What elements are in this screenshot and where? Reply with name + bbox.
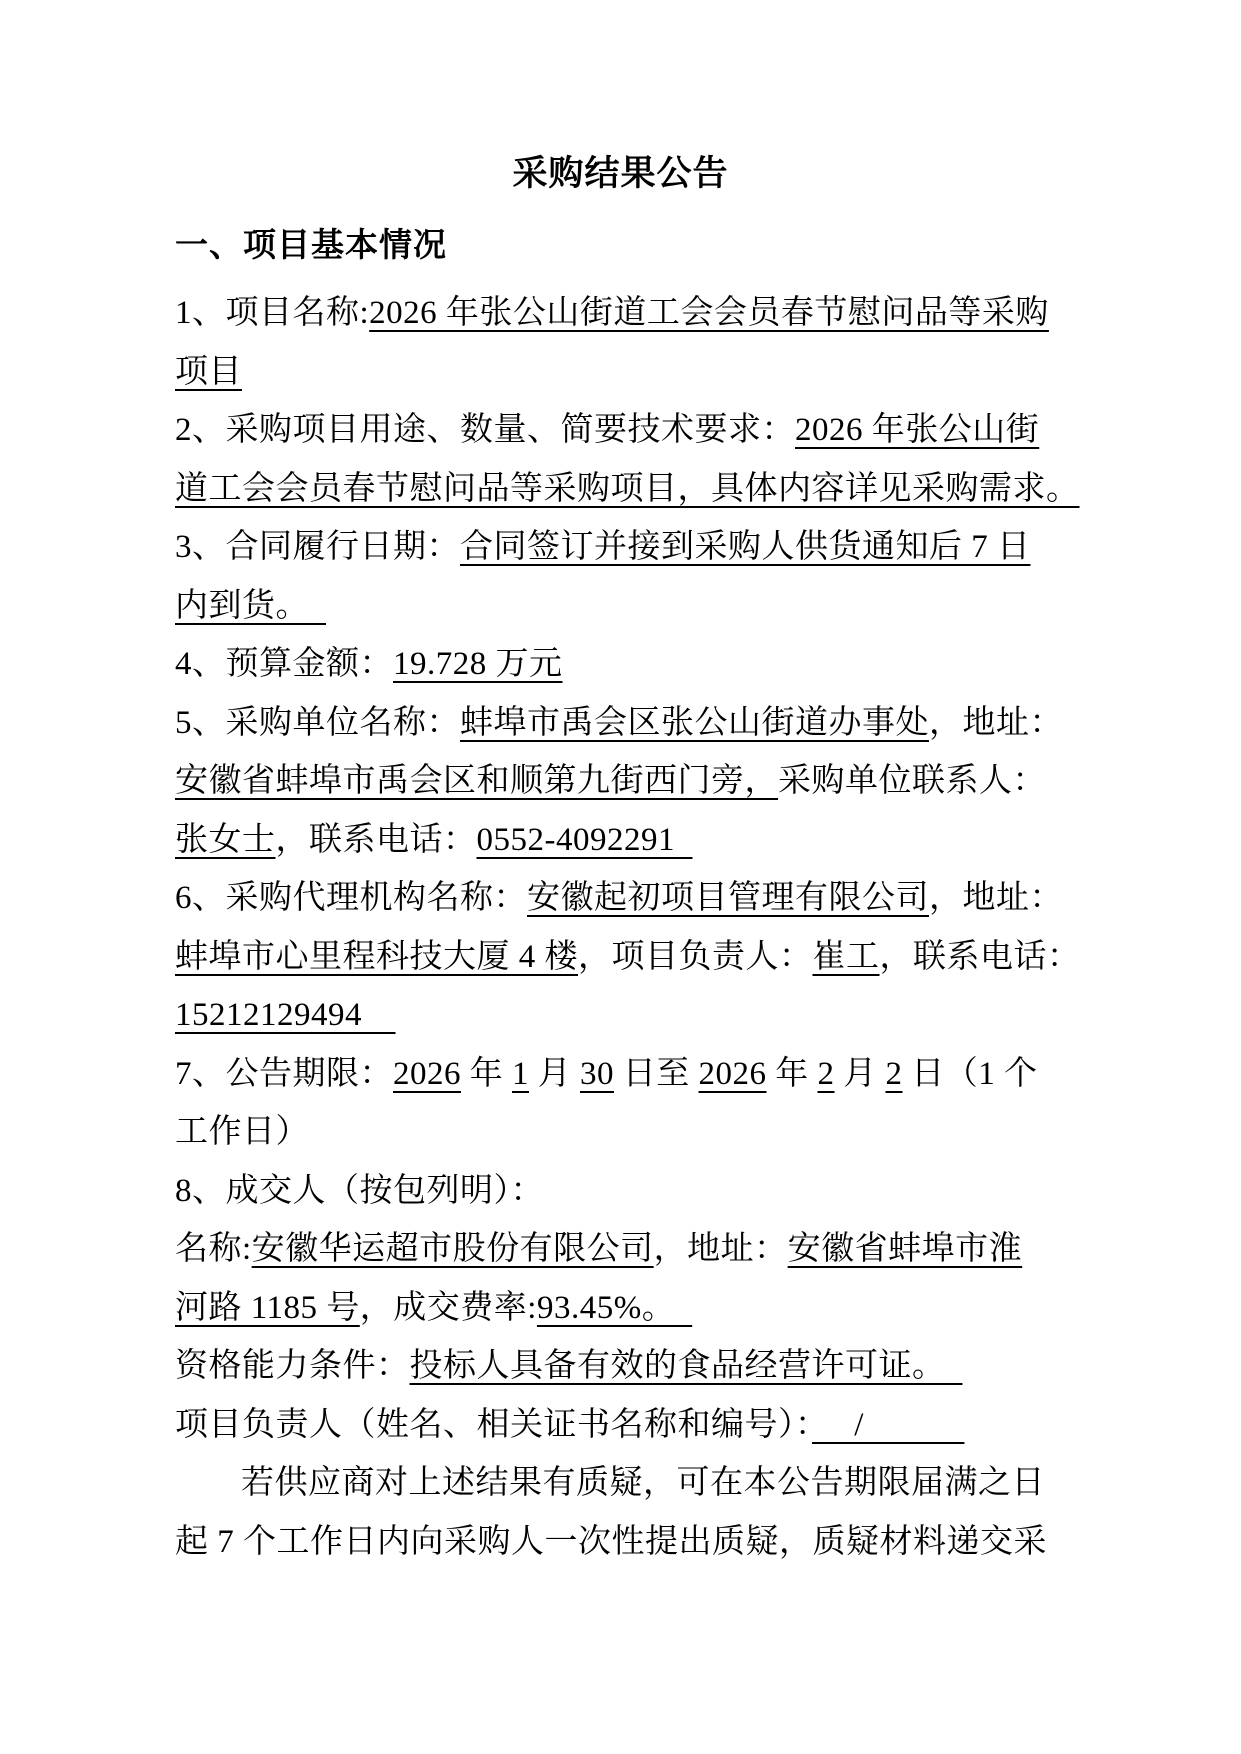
text-segment: 8、成交人（按包列明）： bbox=[175, 1173, 544, 1209]
underlined-text-segment: 张女士 bbox=[175, 822, 276, 858]
underlined-text-segment: 项目 bbox=[175, 354, 242, 390]
text-line: 张女士，联系电话：0552-4092291 bbox=[175, 811, 1125, 870]
text-line: 3、合同履行日期：合同签订并接到采购人供货通知后 7 日 bbox=[175, 518, 1125, 577]
text-segment: 工作日） bbox=[175, 1114, 309, 1150]
text-segment: 7、公告期限： bbox=[175, 1056, 393, 1092]
text-line: 项目负责人（姓名、相关证书名称和编号）： / bbox=[175, 1396, 1125, 1455]
text-segment: 6、采购代理机构名称： bbox=[175, 880, 527, 916]
text-segment: 年 bbox=[767, 1056, 818, 1092]
text-segment: 起 7 个工作日内向采购人一次性提出质疑，质疑材料递交采 bbox=[175, 1524, 1047, 1560]
text-line: 项目 bbox=[175, 343, 1125, 402]
underlined-text-segment: 河路 1185 号 bbox=[175, 1290, 360, 1326]
underlined-text-segment: 1 bbox=[512, 1056, 529, 1092]
text-line: 1、项目名称:2026 年张公山街道工会会员春节慰问品等采购 bbox=[175, 284, 1125, 343]
section-heading: 一、项目基本情况 bbox=[175, 224, 447, 266]
text-segment: 4、预算金额： bbox=[175, 646, 393, 682]
document-page: 采购结果公告 一、项目基本情况 1、项目名称:2026 年张公山街道工会会员春节… bbox=[0, 0, 1241, 1754]
text-segment: 5、采购单位名称： bbox=[175, 705, 460, 741]
text-segment: ，地址： bbox=[929, 705, 1063, 741]
text-line: 6、采购代理机构名称：安徽起初项目管理有限公司，地址： bbox=[175, 869, 1125, 928]
underlined-text-segment: 安徽省蚌埠市禹会区和顺第九街西门旁， bbox=[175, 763, 778, 799]
text-segment: 月 bbox=[529, 1056, 580, 1092]
underlined-text-segment: 安徽华运超市股份有限公司 bbox=[252, 1231, 654, 1267]
underlined-text-segment: 2 bbox=[886, 1056, 903, 1092]
underlined-text-segment: 2026 bbox=[699, 1056, 767, 1092]
underlined-text-segment: 蚌埠市禹会区张公山街道办事处 bbox=[460, 705, 929, 741]
underlined-text-segment: 内到货。 bbox=[175, 588, 326, 624]
underlined-text-segment: 19.728 万元 bbox=[393, 646, 563, 682]
text-segment: 日至 bbox=[614, 1056, 699, 1092]
underlined-text-segment: / bbox=[812, 1407, 964, 1443]
text-line: 名称:安徽华运超市股份有限公司，地址：安徽省蚌埠市淮 bbox=[175, 1220, 1125, 1279]
text-line: 15212129494 bbox=[175, 986, 1125, 1045]
page-title: 采购结果公告 bbox=[0, 152, 1241, 196]
text-segment: 若供应商对上述结果有质疑，可在本公告期限届满之日 bbox=[241, 1465, 1045, 1501]
text-segment: 项目负责人（姓名、相关证书名称和编号）： bbox=[175, 1407, 812, 1443]
text-segment: ，成交费率: bbox=[360, 1290, 537, 1326]
document-body: 1、项目名称:2026 年张公山街道工会会员春节慰问品等采购项目2、采购项目用途… bbox=[175, 284, 1125, 1571]
text-segment: 名称: bbox=[175, 1231, 252, 1267]
text-line: 起 7 个工作日内向采购人一次性提出质疑，质疑材料递交采 bbox=[175, 1513, 1125, 1572]
text-segment: ，地址： bbox=[929, 880, 1063, 916]
underlined-text-segment: 2 bbox=[818, 1056, 835, 1092]
text-segment: 1、项目名称: bbox=[175, 295, 369, 331]
underlined-text-segment: 投标人具备有效的食品经营许可证。 bbox=[410, 1348, 963, 1384]
underlined-text-segment: 30 bbox=[580, 1056, 614, 1092]
underlined-text-segment: 93.45%。 bbox=[537, 1290, 692, 1326]
text-segment: ，地址： bbox=[654, 1231, 788, 1267]
text-segment: 月 bbox=[835, 1056, 886, 1092]
text-line: 安徽省蚌埠市禹会区和顺第九街西门旁，采购单位联系人： bbox=[175, 752, 1125, 811]
underlined-text-segment: 2026 年张公山街道工会会员春节慰问品等采购 bbox=[369, 295, 1049, 331]
text-segment: 日（1 个 bbox=[903, 1056, 1038, 1092]
text-segment: 3、合同履行日期： bbox=[175, 529, 460, 565]
text-line: 蚌埠市心里程科技大厦 4 楼，项目负责人：崔工，联系电话： bbox=[175, 928, 1125, 987]
text-line: 2、采购项目用途、数量、简要技术要求：2026 年张公山街 bbox=[175, 401, 1125, 460]
text-line: 若供应商对上述结果有质疑，可在本公告期限届满之日 bbox=[175, 1454, 1125, 1513]
underlined-text-segment: 蚌埠市心里程科技大厦 4 楼 bbox=[175, 939, 578, 975]
underlined-text-segment: 崔工 bbox=[813, 939, 880, 975]
text-line: 5、采购单位名称：蚌埠市禹会区张公山街道办事处，地址： bbox=[175, 694, 1125, 753]
underlined-text-segment: 15212129494 bbox=[175, 997, 396, 1033]
text-line: 7、公告期限：2026 年 1 月 30 日至 2026 年 2 月 2 日（1… bbox=[175, 1045, 1125, 1104]
text-line: 资格能力条件：投标人具备有效的食品经营许可证。 bbox=[175, 1337, 1125, 1396]
underlined-text-segment: 合同签订并接到采购人供货通知后 7 日 bbox=[460, 529, 1031, 565]
text-line: 内到货。 bbox=[175, 577, 1125, 636]
text-segment: ，项目负责人： bbox=[578, 939, 813, 975]
text-segment: 资格能力条件： bbox=[175, 1348, 410, 1384]
underlined-text-segment: 安徽省蚌埠市淮 bbox=[788, 1231, 1023, 1267]
text-line: 4、预算金额：19.728 万元 bbox=[175, 635, 1125, 694]
underlined-text-segment: 2026 年张公山街 bbox=[795, 412, 1039, 448]
text-line: 道工会会员春节慰问品等采购项目，具体内容详见采购需求。 bbox=[175, 460, 1125, 519]
text-line: 工作日） bbox=[175, 1103, 1125, 1162]
text-segment: ，联系电话： bbox=[880, 939, 1081, 975]
text-line: 8、成交人（按包列明）： bbox=[175, 1162, 1125, 1221]
underlined-text-segment: 0552-4092291 bbox=[477, 822, 693, 858]
text-line: 河路 1185 号，成交费率:93.45%。 bbox=[175, 1279, 1125, 1338]
underlined-text-segment: 2026 bbox=[393, 1056, 461, 1092]
text-segment: 年 bbox=[461, 1056, 512, 1092]
text-segment: 2、采购项目用途、数量、简要技术要求： bbox=[175, 412, 795, 448]
text-segment: 采购单位联系人： bbox=[778, 763, 1046, 799]
underlined-text-segment: 道工会会员春节慰问品等采购项目，具体内容详见采购需求。 bbox=[175, 471, 1080, 507]
text-segment: ，联系电话： bbox=[276, 822, 477, 858]
underlined-text-segment: 安徽起初项目管理有限公司 bbox=[527, 880, 929, 916]
